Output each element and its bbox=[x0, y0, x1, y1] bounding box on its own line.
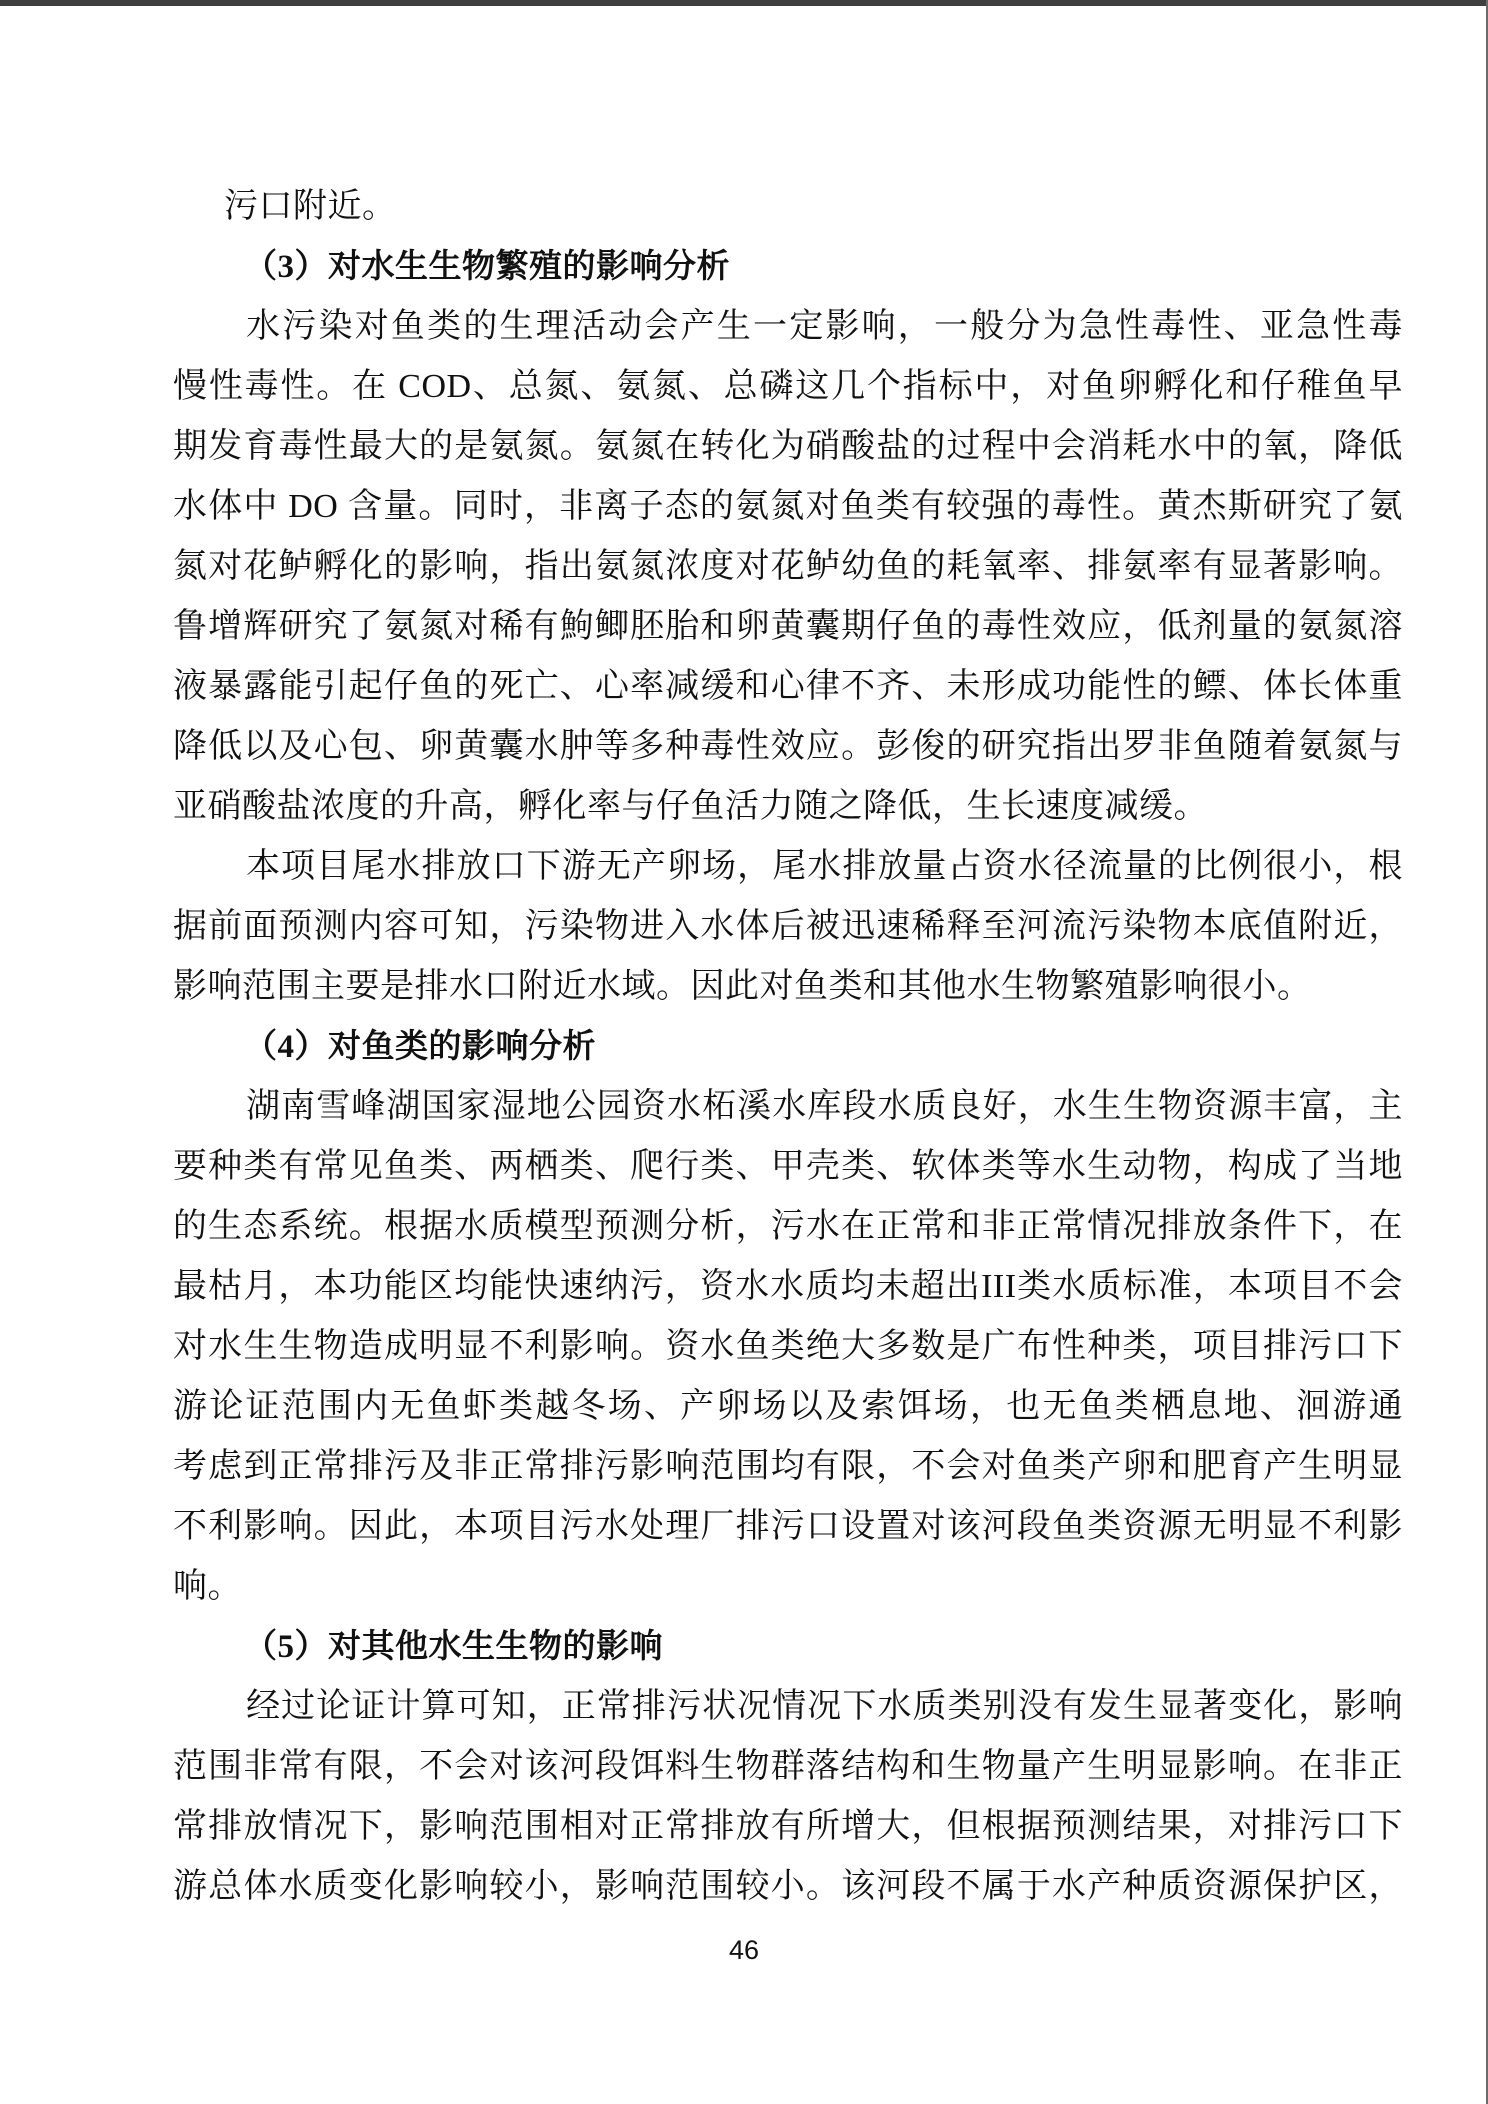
document-page: 污口附近。 （3）对水生生物繁殖的影响分析 水污染对鱼类的生理活动会产生一定影响… bbox=[0, 0, 1488, 2104]
text-line: 经过论证计算可知，正常排污状况情况下水质类别没有发生显著变化，影响 bbox=[173, 1677, 1403, 1737]
scan-edge-top bbox=[0, 0, 1488, 6]
text-line: 响。 bbox=[173, 1557, 1403, 1617]
text-line: 考虑到正常排污及非正常排污影响范围均有限，不会对鱼类产卵和肥育产生明显 bbox=[173, 1437, 1403, 1497]
text-line: 污口附近。 bbox=[173, 177, 1403, 237]
text-line: 降低以及心包、卵黄囊水肿等多种毒性效应。彭俊的研究指出罗非鱼随着氨氮与 bbox=[173, 717, 1403, 777]
section-heading-3: （3）对水生生物繁殖的影响分析 bbox=[173, 237, 1403, 297]
text-line: 要种类有常见鱼类、两栖类、爬行类、甲壳类、软体类等水生动物，构成了当地 bbox=[173, 1137, 1403, 1197]
text-line: 鲁增辉研究了氨氮对稀有鮈鲫胚胎和卵黄囊期仔鱼的毒性效应，低剂量的氨氮溶 bbox=[173, 597, 1403, 657]
text-line: 慢性毒性。在 COD、总氮、氨氮、总磷这几个指标中，对鱼卵孵化和仔稚鱼早 bbox=[173, 357, 1403, 417]
text-line: 游论证范围内无鱼虾类越冬场、产卵场以及索饵场，也无鱼类栖息地、洄游通道； bbox=[173, 1377, 1403, 1437]
text-line: 水体中 DO 含量。同时，非离子态的氨氮对鱼类有较强的毒性。黄杰斯研究了氨 bbox=[173, 477, 1403, 537]
section-heading-4: （4）对鱼类的影响分析 bbox=[173, 1017, 1403, 1077]
text-line: 期发育毒性最大的是氨氮。氨氮在转化为硝酸盐的过程中会消耗水中的氧，降低 bbox=[173, 417, 1403, 477]
text-line: 氮对花鲈孵化的影响，指出氨氮浓度对花鲈幼鱼的耗氧率、排氨率有显著影响。 bbox=[173, 537, 1403, 597]
page-number: 46 bbox=[0, 1920, 1488, 1980]
text-line: 水污染对鱼类的生理活动会产生一定影响，一般分为急性毒性、亚急性毒性、 bbox=[173, 297, 1403, 357]
text-line: 的生态系统。根据水质模型预测分析，污水在正常和非正常情况排放条件下，在 bbox=[173, 1197, 1403, 1257]
document-body: 污口附近。 （3）对水生生物繁殖的影响分析 水污染对鱼类的生理活动会产生一定影响… bbox=[173, 177, 1403, 1917]
text-line: 湖南雪峰湖国家湿地公园资水柘溪水库段水质良好，水生生物资源丰富，主 bbox=[173, 1077, 1403, 1137]
section-heading-5: （5）对其他水生生物的影响 bbox=[173, 1617, 1403, 1677]
text-line: 影响范围主要是排水口附近水域。因此对鱼类和其他水生物繁殖影响很小。 bbox=[173, 957, 1403, 1017]
text-line: 本项目尾水排放口下游无产卵场，尾水排放量占资水径流量的比例很小，根 bbox=[173, 837, 1403, 897]
text-line: 常排放情况下，影响范围相对正常排放有所增大，但根据预测结果，对排污口下 bbox=[173, 1797, 1403, 1857]
text-line: 亚硝酸盐浓度的升高，孵化率与仔鱼活力随之降低，生长速度减缓。 bbox=[173, 777, 1403, 837]
text-line: 对水生生物造成明显不利影响。资水鱼类绝大多数是广布性种类，项目排污口下 bbox=[173, 1317, 1403, 1377]
text-line: 据前面预测内容可知，污染物进入水体后被迅速稀释至河流污染物本底值附近， bbox=[173, 897, 1403, 957]
text-line: 不利影响。因此，本项目污水处理厂排污口设置对该河段鱼类资源无明显不利影 bbox=[173, 1497, 1403, 1557]
text-line: 最枯月，本功能区均能快速纳污，资水水质均未超出III类水质标准，本项目不会 bbox=[173, 1257, 1403, 1317]
text-line: 液暴露能引起仔鱼的死亡、心率减缓和心律不齐、未形成功能性的鳔、体长体重 bbox=[173, 657, 1403, 717]
text-line: 游总体水质变化影响较小，影响范围较小。该河段不属于水产种质资源保护区， bbox=[173, 1857, 1403, 1917]
text-line: 范围非常有限，不会对该河段饵料生物群落结构和生物量产生明显影响。在非正 bbox=[173, 1737, 1403, 1797]
